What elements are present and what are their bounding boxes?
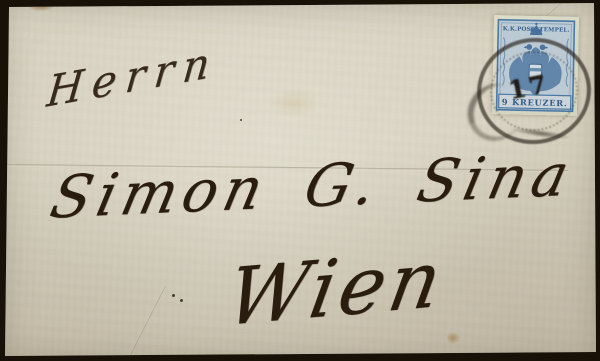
photo-frame: Herrn Simon G. Sina Wien K.K.POST. STEMP…: [0, 0, 600, 361]
letter-cover: Herrn Simon G. Sina Wien K.K.POST. STEMP…: [0, 0, 600, 361]
paper-stain: [28, 2, 54, 11]
paper-stain: [268, 88, 320, 118]
fold-crease-vertical: [0, 0, 2, 150]
paper-stain: [446, 332, 460, 344]
ink-speck: [180, 299, 183, 302]
ink-speck: [240, 119, 242, 121]
ink-speck: [172, 294, 175, 297]
